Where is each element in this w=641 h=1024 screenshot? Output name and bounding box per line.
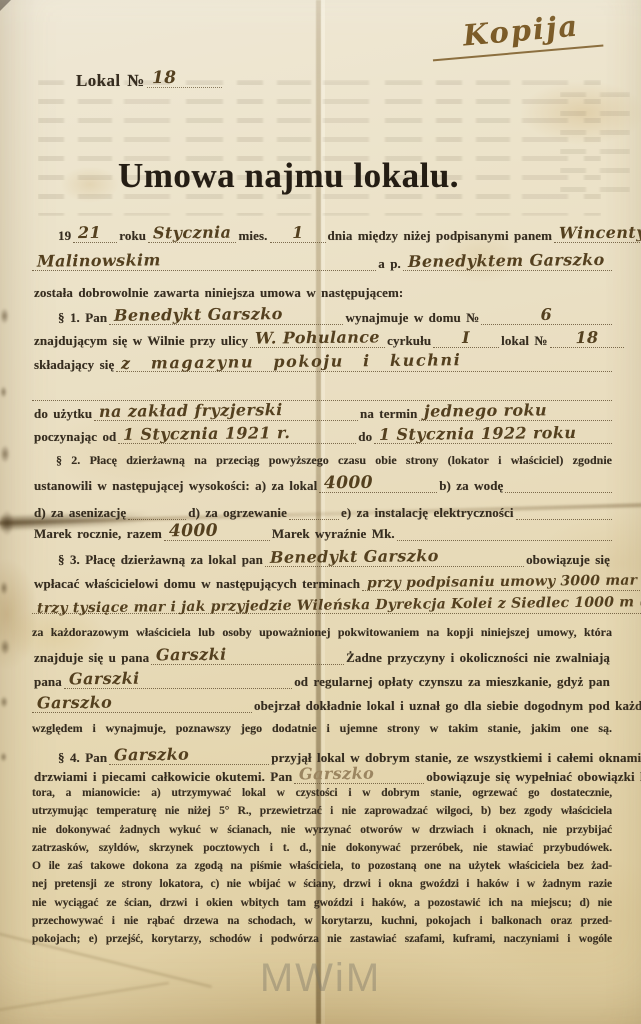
from-label: poczynając od [32,429,118,444]
fill-in-blank: Garszko [294,768,424,784]
located-label: znajdującym się w Wilnie przy ulicy [32,333,250,348]
month-handwritten: Stycznia [153,226,232,241]
concluded-label: została dobrowolnie zawarta niniejsza um… [32,285,405,300]
lokal-number-label: Lokal № [74,73,147,88]
tenant-name-handwritten: Garszko [37,696,112,711]
fill-in-blank: 6 [481,309,612,325]
stain-mark [0,308,9,324]
par1-line-consists: składający się z magazynu pokoju i kuchn… [32,355,612,372]
fill-in-blank [32,385,612,401]
payment-terms-handwritten-2: trzy tysiące mar i jak przyjedzie Wileńs… [37,594,641,615]
fill-in-blank: 4000 [164,525,270,541]
party1-last-name-handwritten: Malinowskim [37,253,161,268]
fill-in-blank: Benedyktem Garszko [403,255,612,271]
par1-line-usage: do użytku na zakład fryzjerski na termin… [32,404,612,421]
fill-in-blank [128,504,186,520]
par3-line-holder: znajduje się u pana Garszki Żadne przycz… [32,648,612,665]
copy-annotation-handwritten: Kopija [429,7,602,62]
fill-in-blank: Garszko [109,749,269,765]
document-title: Umowa najmu lokalu. [0,156,577,196]
term-handwritten: jednego roku [424,403,547,418]
par3-receipt-line: za każdorazowym właściciela lub osoby up… [32,625,612,640]
par1-opening-label: § 1. Pan [56,310,109,325]
fill-in-blank [289,504,339,520]
copy-holder-label: znajduje się u pana [32,650,151,665]
roku-label: roku [117,228,148,243]
par1-line-dates: poczynając od 1 Stycznia 1921 r. do 1 St… [32,427,612,444]
holder-name-handwritten: Garszki [156,648,227,663]
par4-opening-label: § 4. Pan [56,750,109,765]
par4-body-line: pokojach; e) przejść, korytarzy, schodów… [32,932,612,947]
consists-label: składający się [32,357,116,372]
party2-name-handwritten: Benedyktem Garszko [408,253,605,269]
par3-line-payment: wpłacać właścicielowi domu w następujący… [32,574,612,591]
fill-in-blank: na zakład fryzjerski [94,405,358,421]
usage-handwritten: na zakład fryzjerski [99,403,283,419]
stain-mark [0,386,7,398]
fill-in-blank: 18 [147,72,222,88]
par1-line-address: znajdującym się w Wilnie przy ulicy W. P… [32,331,612,348]
fill-in-blank: Benedykt Garszko [109,309,343,325]
tenant-name-handwritten-faded: Garszko [299,767,374,782]
inspected-label: obejrzał dokładnie lokal i uznał go dla … [252,698,641,713]
par3-line-duty: pana Garszki od regularnej opłaty czynsz… [32,672,612,689]
par3-line-inspected: Garszko obejrzał dokładnie lokal i uznał… [32,696,612,713]
rate-label: ustanowili w następującej wysokości: a) … [32,478,319,493]
doors-label: drzwiami i piecami całkowicie okutemi. P… [32,769,294,784]
cyrkul-handwritten: I [438,331,494,346]
premises-description-handwritten: z magazynu pokoju i kuchni [121,353,462,371]
par2-line-rates: ustanowili w następującej wysokości: a) … [32,476,612,493]
par1-line-opening: § 1. Pan Benedykt Garszko wynajmuje w do… [32,308,612,325]
and-mr-label: a p. [376,256,403,271]
par4-body-line: nie dokonywać żadnych wykuć w ścianach, … [32,823,612,838]
end-date-handwritten: 1 Stycznia 1922 roku [379,426,576,442]
fill-in-blank: Malinowskim [32,255,252,271]
fill-in-blank [252,255,376,271]
asenizacja-label: d) za asenizację [32,505,128,520]
fill-in-blank [397,525,612,541]
lokal-number-line: Lokal № 18 [74,72,222,88]
duties-label: obowiązuje się wypełniać obowiązki loka- [424,769,641,784]
par4-body-line: nie wyciągać ze ścian, drzwi i okien wbi… [32,896,612,911]
par4-body-line: zatrzasków, szyldów, skrzynek pocztowych… [32,841,612,856]
stain-mark [0,752,7,762]
total-label: Marek rocznie, razem [32,526,164,541]
total-amount-handwritten: 4000 [169,524,218,539]
stain-mark [0,581,8,595]
no-excuse-label: Żadne przyczyny i okoliczności nie zwaln… [344,650,612,665]
par2-line-utilities: d) za asenizację d) za ogrzewanie e) za … [32,503,612,520]
payment-terms-handwritten-1: przy podpisaniu umowy 3000 mar [367,574,637,591]
electricity-label: e) za instalację elektryczności [339,505,516,520]
intro-line-concluded: została dobrowolnie zawarta niniejsza um… [32,283,612,300]
intro-line-parties: Malinowskim a p. Benedyktem Garszko [32,254,612,271]
tenant-name-handwritten: Garszko [114,748,189,763]
fill-in-blank: Stycznia [148,227,236,243]
par3-line-payment2: trzy tysiące mar i jak przyjedzie Wileńs… [32,597,612,614]
fill-in-blank: Garszki [151,649,344,665]
stain-mark [0,639,10,655]
fill-in-blank [505,477,612,493]
lokal-number-handwritten: 18 [555,331,619,346]
street-handwritten: W. Pohulance [255,330,380,345]
stain-mark [0,696,8,708]
fill-in-blank: I [433,332,499,348]
fill-in-blank: Wincentym [554,227,641,243]
par3-closing-line: względem i wynajmuje, poznawszy jego dod… [32,721,612,736]
tenant-name-handwritten: Benedykt Garszko [114,307,283,323]
par4-body-line: utrzymując temperaturę nie niżej 5° R., … [32,804,612,819]
heating-label: d) za ogrzewanie [186,505,289,520]
fill-in-blank: Garszko [32,697,252,713]
museum-watermark: MWiM [0,956,641,1001]
to-label: do [356,429,374,444]
fill-in-blank: 4000 [319,477,437,493]
par4-body-line: nej pretensji ze strony lokatora, c) nie… [32,877,612,892]
fill-in-blank: Garszki [64,673,292,689]
holder-name-handwritten: Garszki [69,672,140,687]
term-label: na termin [358,406,419,421]
mies-label: mies. [236,228,269,243]
house-number-handwritten: 6 [486,307,607,322]
par2-line-total: Marek rocznie, razem 4000 Marek wyraźnie… [32,524,612,541]
fill-in-blank: 1 Stycznia 1922 roku [374,428,612,444]
accepted-label: przyjął lokal w dobrym stanie, ze wszyst… [269,750,641,765]
rents-label: wynajmuje w domu № [343,310,481,325]
stain-mark [0,510,14,536]
between-parties-label: dnia między niżej podpisanymi panem [326,228,555,243]
year-prefix-label: 19 [56,228,73,243]
par3-opening-label: § 3. Płacę dzierżawną za lokal pan [56,552,265,567]
par1-line-blank [32,384,612,401]
fill-in-blank: 1 [270,227,326,243]
pana-label: pana [32,674,64,689]
start-date-handwritten: 1 Stycznia 1921 r. [123,426,290,442]
cyrkul-label: cyrkułu [385,333,433,348]
fill-in-blank: z magazynu pokoju i kuchni [116,356,612,372]
par4-body-line: tora, a mianowicie: a) utrzymywać lokal … [32,786,612,801]
water-label: b) za wodę [437,478,505,493]
fill-in-blank: 18 [550,332,624,348]
obliges-label: obowiązuje się [524,552,612,567]
par4-line-opening: § 4. Pan Garszko przyjął lokal w dobrym … [32,748,612,765]
fill-in-blank: trzy tysiące mar i jak przyjedzie Wileńs… [32,598,641,614]
document-scan: Kopija Lokal № 18 Umowa najmu lokalu. 19… [0,0,641,1024]
fill-in-blank [516,504,612,520]
par4-line-doors: drzwiami i piecami całkowicie okutemi. P… [32,767,612,784]
fill-in-blank: przy podpisaniu umowy 3000 mar [362,575,641,591]
tenant-name-handwritten: Benedykt Garszko [270,549,439,565]
year-handwritten: 21 [78,226,101,240]
day-handwritten: 1 [274,226,320,240]
usage-label: do użytku [32,406,94,421]
lokal-label: lokal № [499,333,549,348]
pay-terms-label: wpłacać właścicielowi domu w następujący… [32,576,362,591]
par3-line-opening: § 3. Płacę dzierżawną za lokal pan Bened… [32,550,612,567]
fill-in-blank: 1 Stycznia 1921 r. [118,428,356,444]
stain-mark [0,445,10,463]
par2-line1: § 2. Płacę dzierżawną na przeciąg powyżs… [32,453,612,468]
corner-shadow [0,0,11,11]
intro-line-date: 19 21 roku Stycznia mies. 1 dnia między … [32,226,612,243]
party1-first-name-handwritten: Wincentym [559,225,641,240]
par4-body-line: przechowywać i nie rąbać drzewa na schod… [32,914,612,929]
amount-in-words-label: Marek wyraźnie Mk. [270,526,397,541]
fill-in-blank: 21 [73,227,117,243]
lokal-number-handwritten: 18 [152,71,177,85]
par4-body-line: O ile zaś takowe dokona za zgodą na piśm… [32,859,612,874]
fill-in-blank: Benedykt Garszko [265,551,524,567]
rent-amount-handwritten: 4000 [324,476,373,491]
fill-in-blank: jednego roku [419,405,612,421]
rent-duty-label: od regularnej opłaty czynszu za mieszkan… [292,674,612,689]
fill-in-blank: W. Pohulance [250,332,385,348]
